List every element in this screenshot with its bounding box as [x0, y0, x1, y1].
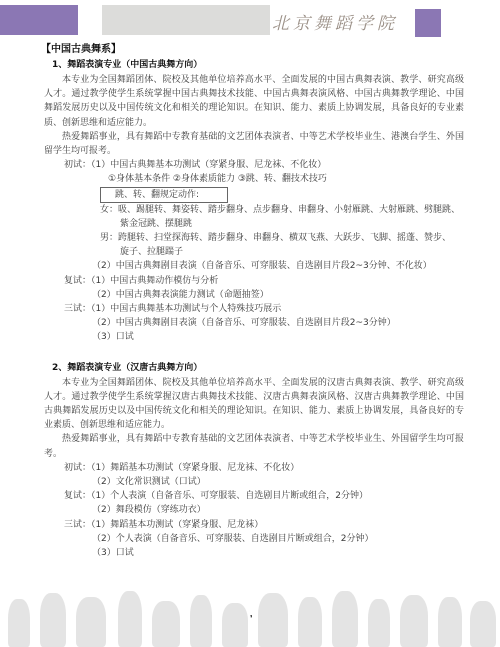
- dancer-silhouette: [368, 599, 390, 647]
- exam-third-round: 三试：（1）舞蹈基本功测试（穿紧身服、尼龙袜）: [44, 518, 464, 532]
- header-purple-block-right: [415, 9, 441, 37]
- exam-boxed-row: 跳、转、翻规定动作:: [44, 187, 464, 203]
- section-classical-dance: 1、舞蹈表演专业（中国古典舞方向） 本专业为全国舞蹈团体、院校及其他单位培养高水…: [44, 58, 464, 345]
- exam-first-round: 初试：（1）舞蹈基本功测试（穿紧身服、尼龙袜、不化妆）: [44, 461, 464, 475]
- exam-subitems: ①身体基本条件 ②身体素质能力 ③跳、转、翻技术技巧: [44, 172, 464, 186]
- exam-third-round: 三试：（1）中国古典舞基本功测试与个人特殊技巧展示: [44, 302, 464, 316]
- exam-item: （2）文化常识测试（口试）: [44, 475, 464, 489]
- exam-second-round: 复试：（1）个人表演（自备音乐、可穿服装、自选剧目片断或组合，2分钟）: [44, 489, 464, 503]
- exam-item: （2）中国古典舞剧目表演（自备音乐、可穿服装、自选剧目片段2~3分钟、不化妆）: [44, 259, 464, 273]
- male-moves-cont: 旋子、拉腿踹子: [44, 245, 464, 259]
- header-gray-block: [102, 5, 270, 35]
- male-moves: 男：跨腿转、扫堂探海转、踏步翻身、串翻身、横双飞燕、大跃步、飞脚、摇蓬、赞步、: [44, 231, 464, 245]
- dancer-silhouette: [332, 591, 358, 647]
- exam-first-round: 初试：（1）中国古典舞基本功测试（穿紧身服、尼龙袜、不化妆）: [44, 158, 464, 172]
- dancer-silhouette: [40, 593, 66, 647]
- dancer-silhouette: [76, 597, 106, 647]
- dancer-silhouette: [222, 603, 248, 647]
- exam-item: （2）中国古典舞剧目表演（自备音乐、可穿服装、自选剧目片段2~3分钟）: [44, 316, 464, 330]
- dancer-silhouette: [8, 599, 30, 647]
- exam-round-label: 初试：: [64, 463, 91, 473]
- school-name-logo: 北京舞蹈学院: [272, 9, 398, 34]
- exam-item: （2）中国古典舞表演能力测试（命题抽签）: [44, 288, 464, 302]
- page-mark: ❜: [250, 614, 253, 623]
- department-heading: 【中国古典舞系】: [41, 42, 464, 58]
- section-intro: 本专业为全国舞蹈团体、院校及其他单位培养高水平、全面发展的中国古典舞表演、教学、…: [44, 73, 464, 130]
- exam-round-label: 初试：: [64, 160, 91, 170]
- exam-item: （3）口试: [44, 546, 464, 560]
- exam-item: （2）舞段模仿（穿练功衣）: [44, 503, 464, 517]
- dancer-silhouette: [298, 597, 322, 647]
- dancer-silhouette: [470, 601, 496, 647]
- exam-item: （1）个人表演（自备音乐、可穿服装、自选剧目片断或组合，2分钟）: [91, 491, 368, 501]
- section-title: 1、舞蹈表演专业（中国古典舞方向）: [52, 58, 464, 73]
- section-intro: 本专业为全国舞蹈团体、院校及其他单位培养高水平、全面发展的汉唐古典舞表演、教学、…: [44, 376, 464, 433]
- exam-item: （2）个人表演（自备音乐、可穿服装、自选剧目片断或组合，2分钟）: [44, 532, 464, 546]
- section-spacer: [44, 345, 464, 361]
- dancer-silhouette: [152, 601, 180, 647]
- section-hantang-dance: 2、舞蹈表演专业（汉唐古典舞方向） 本专业为全国舞蹈团体、院校及其他单位培养高水…: [44, 361, 464, 561]
- exam-round-label: 三试：: [64, 304, 91, 314]
- exam-item: （1）中国古典舞动作模仿与分析: [91, 276, 218, 286]
- exam-item: （1）中国古典舞基本功测试（穿紧身服、尼龙袜、不化妆）: [91, 160, 326, 170]
- dancer-silhouette: [258, 593, 288, 647]
- document-body: 【中国古典舞系】 1、舞蹈表演专业（中国古典舞方向） 本专业为全国舞蹈团体、院校…: [44, 42, 464, 560]
- exam-item: （3）口试: [44, 330, 464, 344]
- exam-item: （1）中国古典舞基本功测试与个人特殊技巧展示: [91, 304, 281, 314]
- exam-second-round: 复试：（1）中国古典舞动作模仿与分析: [44, 274, 464, 288]
- exam-round-label: 复试：: [64, 276, 91, 286]
- exam-item: （1）舞蹈基本功测试（穿紧身服、尼龙袜）: [91, 520, 263, 530]
- female-moves-cont: 紫金冠跳、摆腿跳: [44, 217, 464, 231]
- header-purple-block-left: [0, 5, 78, 35]
- required-moves-box: 跳、转、翻规定动作:: [100, 187, 228, 203]
- dancer-silhouette: [118, 591, 142, 647]
- dancer-silhouette: [400, 595, 428, 647]
- exam-round-label: 复试：: [64, 491, 91, 501]
- female-moves: 女：吸、踢腿转、舞姿转、踏步翻身、点步翻身、串翻身、小射雁跳、大射雁跳、劈腿跳、: [44, 203, 464, 217]
- exam-round-label: 三试：: [64, 520, 91, 530]
- section-title: 2、舞蹈表演专业（汉唐古典舞方向）: [52, 361, 464, 376]
- section-eligibility: 热爱舞蹈事业，具有舞蹈中专教育基础的文艺团体表演者、中等艺术学校毕业生、港澳台学…: [44, 130, 464, 158]
- section-eligibility: 热爱舞蹈事业，具有舞蹈中专教育基础的文艺团体表演者、中等艺术学校毕业生、外国留学…: [44, 432, 464, 460]
- dancer-silhouette: [438, 597, 462, 647]
- exam-item: （1）舞蹈基本功测试（穿紧身服、尼龙袜、不化妆）: [91, 463, 299, 473]
- page-header: 北京舞蹈学院: [0, 0, 500, 40]
- dancer-silhouette: [190, 595, 212, 647]
